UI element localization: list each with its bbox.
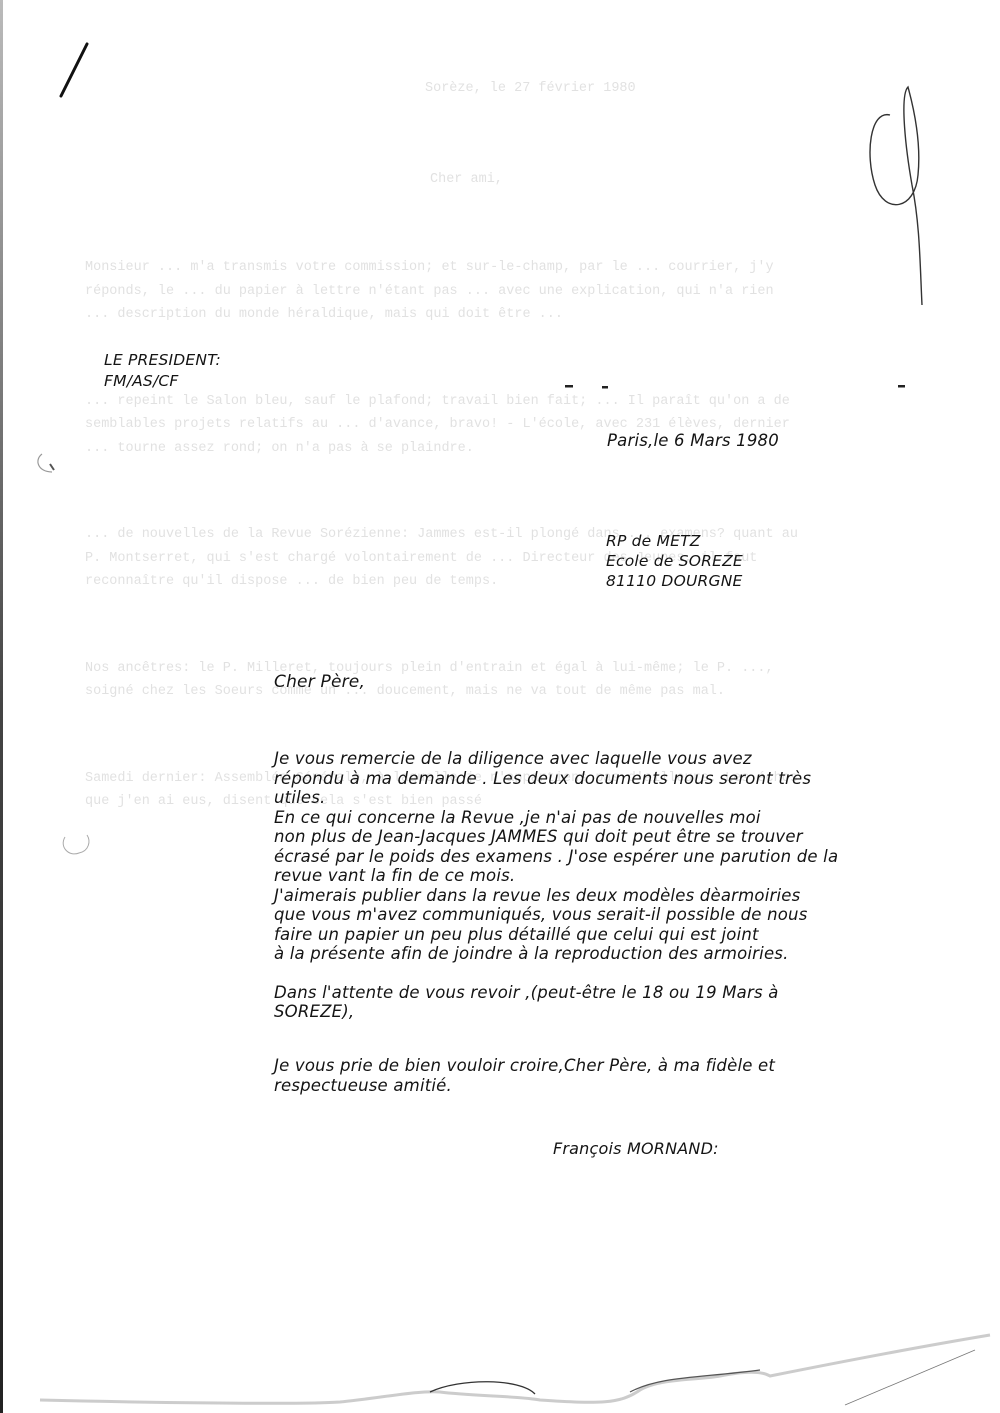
body-line: Dans l'attente de vous revoir ,(peut-êtr… <box>274 983 954 1003</box>
body-line: Je vous remercie de la diligence avec la… <box>274 749 954 769</box>
body-line: faire un papier un peu plus détaillé que… <box>274 925 954 945</box>
letter-page: Sorèze, le 27 février 1980 Cher ami, Mon… <box>0 0 1000 1413</box>
letter-date: Paris,le 6 Mars 1980 <box>607 431 779 450</box>
body-line: que vous m'avez communiqués, vous serait… <box>274 905 954 925</box>
salutation: Cher Père, <box>274 672 365 692</box>
body-paragraph-1: Je vous remercie de la diligence avec la… <box>274 749 954 808</box>
bleed-paragraph: Monsieur ... m'a transmis votre commissi… <box>85 256 805 327</box>
body-line: J'aimerais publier dans la revue les deu… <box>274 886 954 906</box>
page-edge-shadow <box>0 0 3 1413</box>
body-line: non plus de Jean-Jacques JAMMES qui doit… <box>274 827 954 847</box>
body-line: SOREZE), <box>274 1002 954 1022</box>
body-paragraph-4: Dans l'attente de vous revoir ,(peut-êtr… <box>274 983 954 1022</box>
body-line: En ce qui concerne la Revue ,je n'ai pas… <box>274 808 954 828</box>
closing-formula: Je vous prie de bien vouloir croire,Cher… <box>274 1056 954 1095</box>
letterhead: LE PRESIDENT: FM/AS/CF <box>104 350 221 392</box>
body-line: utiles. <box>274 788 954 808</box>
sender-title: LE PRESIDENT: <box>104 350 221 371</box>
recipient-address: RP de METZ Ecole de SOREZE 81110 DOURGNE <box>606 531 743 591</box>
body-line: revue vant la fin de ce mois. <box>274 866 954 886</box>
punch-hole-mark <box>30 450 70 480</box>
body-line: à la présente afin de joindre à la repro… <box>274 944 954 964</box>
recipient-institution: Ecole de SOREZE <box>606 551 743 571</box>
bleed-date: Sorèze, le 27 février 1980 <box>85 77 805 101</box>
signature: François MORNAND: <box>553 1139 719 1158</box>
body-paragraph-3: J'aimerais publier dans la revue les deu… <box>274 886 954 964</box>
letter-body: Je vous remercie de la diligence avec la… <box>274 749 954 1022</box>
recipient-name: RP de METZ <box>606 531 743 551</box>
closing-line: respectueuse amitié. <box>274 1076 954 1096</box>
body-paragraph-2: En ce qui concerne la Revue ,je n'ai pas… <box>274 808 954 886</box>
reference-code: FM/AS/CF <box>104 371 221 392</box>
bleed-paragraph: Nos ancêtres: le P. Milleret, toujours p… <box>85 657 805 704</box>
punch-hole-mark <box>55 825 105 865</box>
recipient-city: 81110 DOURGNE <box>606 571 743 591</box>
typewriter-dashes <box>565 382 915 392</box>
handwritten-initial-mark <box>860 75 950 315</box>
pen-stroke-mark <box>55 40 95 100</box>
torn-bottom-edge <box>0 1330 1000 1413</box>
body-line: répondu à ma demande . Les deux document… <box>274 769 954 789</box>
bleed-greeting: Cher ami, <box>85 168 805 192</box>
closing-line: Je vous prie de bien vouloir croire,Cher… <box>274 1056 954 1076</box>
body-line: écrasé par le poids des examens . J'ose … <box>274 847 954 867</box>
